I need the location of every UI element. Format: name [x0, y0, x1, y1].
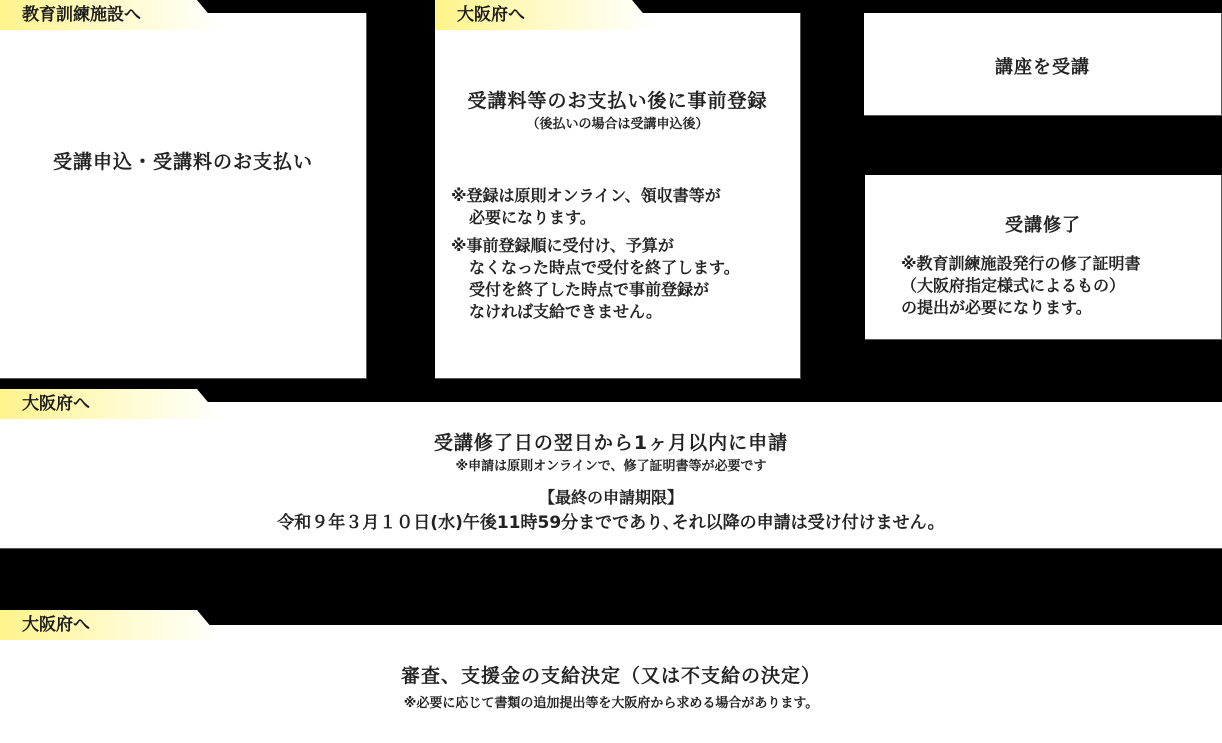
step5-band: 受講修了日の翌日から1ヶ月以内に申請 ※申請は原則オンラインで、修了証明書等が必…: [0, 402, 1222, 549]
step6-band: 審査、支援金の支給決定（又は不支給の決定） ※必要に応じて書類の追加提出等を大阪…: [0, 625, 1222, 743]
step5-deadline-label: 【最終の申請期限】: [0, 487, 1222, 509]
step2-note-2: ※事前登録順に受付け、予算が なくなった時点で受付を終了します。 受付を終了した…: [451, 235, 740, 323]
step5-tag: 大阪府へ: [0, 389, 222, 419]
step6-tag: 大阪府へ: [0, 610, 222, 640]
step5-deadline-text: 令和９年３月１０日(水)午後11時59分までであり､それ以降の申請は受け付けませ…: [0, 512, 1222, 534]
step2-subtitle: （後払いの場合は受講申込後）: [435, 113, 800, 132]
step5-subtitle: ※申請は原則オンラインで、修了証明書等が必要です: [0, 455, 1222, 474]
step4-note: ※教育訓練施設発行の修了証明書 （大阪府指定様式によるもの） の提出が必要になり…: [901, 253, 1141, 319]
step1-box: 受講申込・受講料のお支払い: [0, 13, 367, 379]
step6-title: 審査、支援金の支給決定（又は不支給の決定）: [0, 661, 1222, 688]
step3-title: 講座を受講: [864, 53, 1221, 79]
step1-title: 受講申込・受講料のお支払い: [0, 147, 366, 174]
step2-box: 受講料等のお支払い後に事前登録 （後払いの場合は受講申込後） ※登録は原則オンラ…: [435, 13, 801, 379]
step1-tag: 教育訓練施設へ: [0, 0, 222, 30]
step2-note-1: ※登録は原則オンライン、領収書等が 必要になります。: [451, 185, 721, 229]
step2-tag: 大阪府へ: [435, 0, 657, 30]
step5-title: 受講修了日の翌日から1ヶ月以内に申請: [0, 428, 1222, 455]
step6-subtitle: ※必要に応じて書類の追加提出等を大阪府から求める場合があります。: [0, 692, 1222, 711]
step2-title: 受講料等のお支払い後に事前登録: [435, 86, 800, 113]
step4-title: 受講修了: [865, 211, 1221, 237]
step3-box: 講座を受講: [864, 13, 1222, 116]
step4-box: 受講修了 ※教育訓練施設発行の修了証明書 （大阪府指定様式によるもの） の提出が…: [865, 175, 1222, 340]
